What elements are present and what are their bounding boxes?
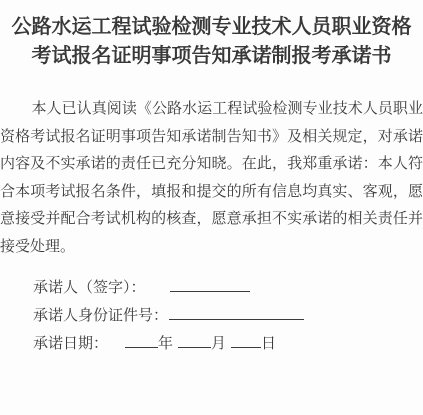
document-title-line2: 考试报名证明事项告知承诺制报考承诺书: [0, 42, 423, 71]
year-unit-label: 年: [158, 336, 173, 352]
signer-label: 承诺人（签字）：: [33, 280, 146, 296]
signer-id-blank-line: [169, 307, 304, 320]
commitment-date-row: 承诺日期：年月日: [33, 330, 423, 358]
date-day-blank-line: [231, 335, 261, 348]
signer-id-label: 承诺人身份证件号：: [33, 308, 168, 324]
signature-block: 承诺人（签字）： 承诺人身份证件号： 承诺日期：年月日: [33, 274, 423, 358]
date-label: 承诺日期：: [33, 336, 108, 352]
date-year-blank-line: [125, 335, 158, 348]
month-unit-label: 月: [211, 336, 226, 352]
signer-signature-blank-line: [170, 279, 250, 292]
commitment-paragraph: 本人已认真阅读《公路水运工程试验检测专业技术人员职业资格考试报名证明事项告知承诺…: [0, 96, 423, 261]
day-unit-label: 日: [261, 336, 276, 352]
date-month-blank-line: [178, 335, 211, 348]
commitment-letter-document: 公路水运工程试验检测专业技术人员职业资格 考试报名证明事项告知承诺制报考承诺书 …: [0, 0, 423, 415]
signer-signature-row: 承诺人（签字）：: [33, 274, 423, 302]
signer-id-row: 承诺人身份证件号：: [33, 302, 423, 330]
document-title-line1: 公路水运工程试验检测专业技术人员职业资格: [0, 13, 423, 42]
document-title: 公路水运工程试验检测专业技术人员职业资格 考试报名证明事项告知承诺制报考承诺书: [0, 13, 423, 71]
